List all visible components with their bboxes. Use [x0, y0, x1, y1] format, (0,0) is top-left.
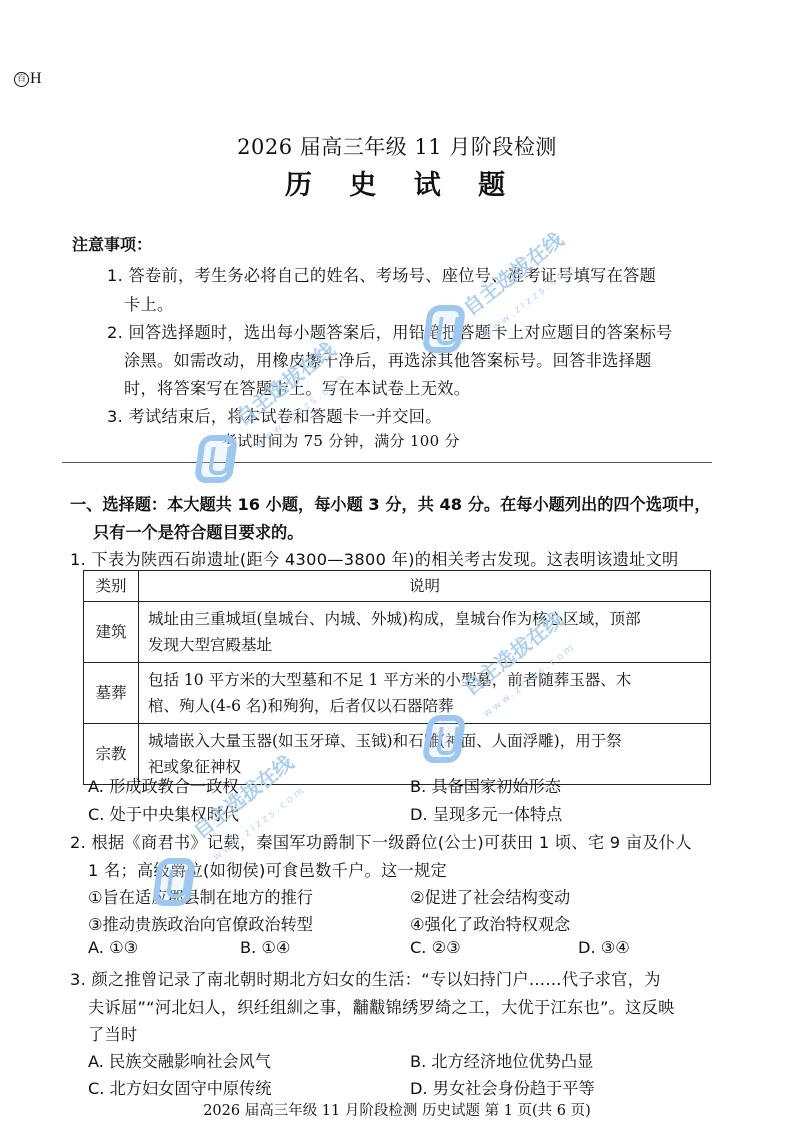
notice-line: 时，将答案写在答题卡上。写在本试卷上无效。 [124, 375, 470, 399]
circled-char: 百 [14, 72, 29, 87]
statement-3: ③推动贵族政治向官僚政治转型 [88, 911, 313, 935]
cell-line: 城址由三重城垣(皇城台、内城、外城)构成，皇城台作为核心区域，顶部 [148, 606, 701, 632]
option-b[interactable]: B. 具备国家初始形态 [410, 773, 561, 797]
notice-heading: 注意事项： [72, 232, 152, 255]
statement-2: ②促进了社会结构变动 [410, 884, 570, 908]
option-a[interactable]: A. 形成政教合一政权 [88, 773, 239, 797]
option-b[interactable]: B. 北方经济地位优势凸显 [410, 1048, 593, 1072]
notice-line: 1. 答卷前，考生务必将自己的姓名、考场号、座位号、准考证号填写在答题 [107, 262, 656, 286]
question-1-stem: 1. 下表为陕西石峁遗址(距今 4300—3800 年)的相关考古发现。这表明该… [70, 546, 679, 570]
table-cell-category: 建筑 [84, 602, 139, 663]
table-row: 建筑 城址由三重城垣(皇城台、内城、外城)构成，皇城台作为核心区域，顶部 发现大… [84, 602, 711, 663]
table-cell-description: 城址由三重城垣(皇城台、内城、外城)构成，皇城台作为核心区域，顶部 发现大型宫殿… [139, 602, 711, 663]
notice-line: 3. 考试结束后，将本试卷和答题卡一并交回。 [107, 403, 442, 427]
notice-line: 2. 回答选择题时，选出每小题答案后，用铅笔把答题卡上对应题目的答案标号 [107, 319, 673, 343]
table-header-row: 类别 说明 [84, 571, 711, 602]
option-d[interactable]: D. 男女社会身份趋于平等 [410, 1075, 595, 1099]
divider [62, 462, 712, 463]
option-c[interactable]: C. ②③ [410, 938, 461, 957]
cell-line: 城墙嵌入大量玉器(如玉牙璋、玉钺)和石雕(神面、人面浮雕)，用于祭 [148, 728, 701, 754]
statement-4: ④强化了政治特权观念 [410, 911, 570, 935]
exam-info: 考试时间为 75 分钟，满分 100 分 [222, 430, 460, 451]
option-d[interactable]: D. ③④ [578, 938, 630, 957]
option-c[interactable]: C. 处于中央集权时代 [88, 801, 239, 825]
table-header: 说明 [139, 571, 711, 602]
question-1-table: 类别 说明 建筑 城址由三重城垣(皇城台、内城、外城)构成，皇城台作为核心区域，… [83, 570, 711, 785]
question-3-stem: 夫诉屈”“河北妇人，织纴组紃之事，黼黻锦绣罗绮之工，大优于江东也”。这反映 [88, 994, 675, 1018]
question-3-stem: 了当时 [88, 1021, 137, 1045]
option-b[interactable]: B. ①④ [240, 938, 290, 957]
cell-line: 包括 10 平方米的大型墓和不足 1 平方米的小型墓，前者随葬玉器、木 [148, 667, 701, 693]
corner-letter: H [30, 70, 42, 88]
statement-1: ①旨在适应郡县制在地方的推行 [88, 884, 313, 908]
section-heading: 只有一个是符合题目要求的。 [93, 519, 303, 543]
cell-line: 棺、殉人(4-6 名)和殉狗，后者仅以石器陪葬 [148, 693, 701, 719]
corner-mark: 百 H [14, 70, 42, 88]
option-d[interactable]: D. 呈现多元一体特点 [410, 801, 562, 825]
table-row: 墓葬 包括 10 平方米的大型墓和不足 1 平方米的小型墓，前者随葬玉器、木 棺… [84, 663, 711, 724]
notice-line: 卡上。 [124, 291, 173, 315]
option-a[interactable]: A. ①③ [88, 938, 138, 957]
exam-title: 2026 届高三年级 11 月阶段检测 [0, 131, 794, 161]
option-c[interactable]: C. 北方妇女固守中原传统 [88, 1075, 271, 1099]
notice-line: 涂黑。如需改动，用橡皮擦干净后，再选涂其他答案标号。回答非选择题 [124, 347, 652, 371]
table-cell-description: 包括 10 平方米的大型墓和不足 1 平方米的小型墓，前者随葬玉器、木 棺、殉人… [139, 663, 711, 724]
table-header: 类别 [84, 571, 139, 602]
cell-line: 发现大型宫殿基址 [148, 632, 701, 658]
table-cell-category: 墓葬 [84, 663, 139, 724]
question-3-stem: 3. 颜之推曾记录了南北朝时期北方妇女的生活：“专以妇持门户……代子求官，为 [70, 966, 661, 990]
question-2-stem: 1 名；高级爵位(如彻侯)可食邑数千户。这一规定 [88, 857, 447, 881]
subject-title: 历 史 试 题 [0, 163, 794, 202]
option-a[interactable]: A. 民族交融影响社会风气 [88, 1048, 271, 1072]
question-2-stem: 2. 根据《商君书》记载，秦国军功爵制下一级爵位(公士)可获田 1 顷、宅 9 … [70, 829, 692, 853]
section-heading: 一、选择题：本大题共 16 小题，每小题 3 分，共 48 分。在每小题列出的四… [70, 491, 711, 515]
page-footer: 2026 届高三年级 11 月阶段检测 历史试题 第 1 页(共 6 页) [0, 1099, 794, 1120]
